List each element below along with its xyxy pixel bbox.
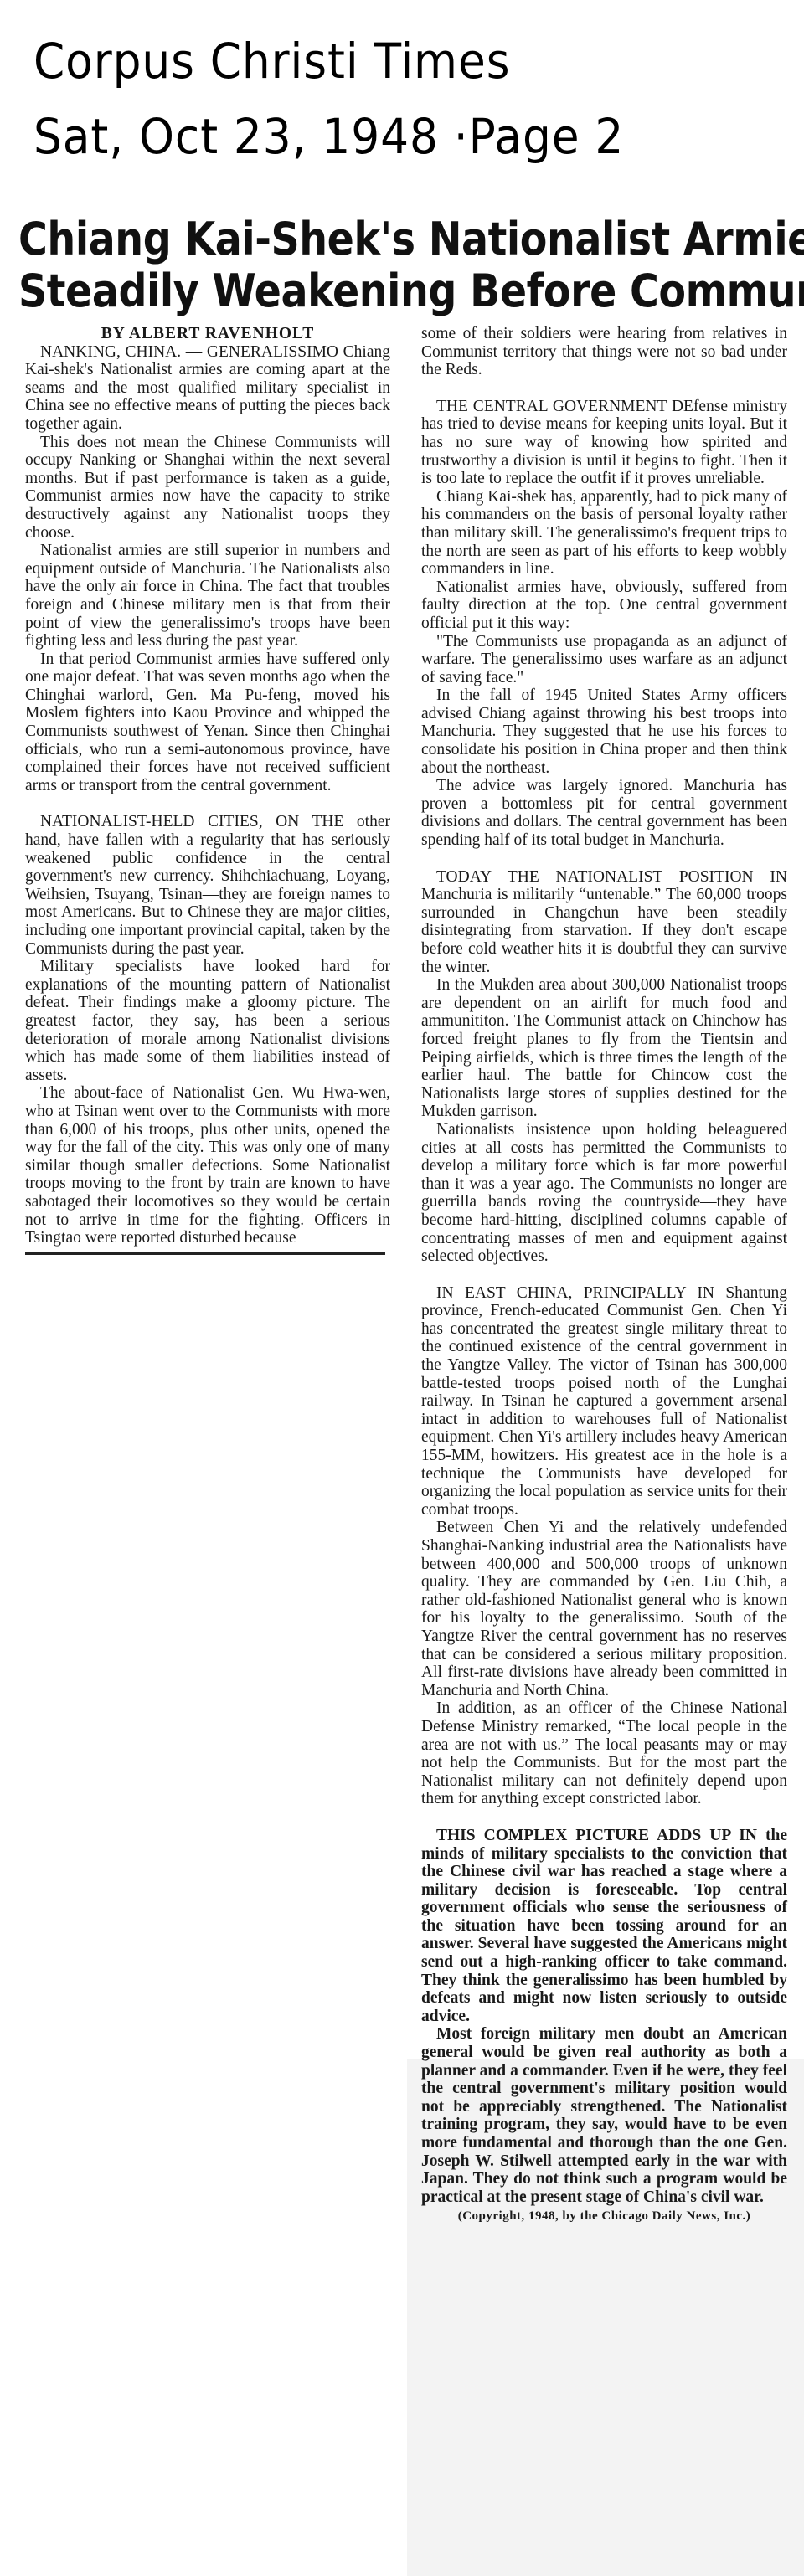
masthead: Corpus Christi Times Sat, Oct 23, 1948 ·… [33,23,624,174]
paragraph: In addition, as an officer of the Chines… [421,1699,787,1808]
paragraph: Nationalists insistence upon holding bel… [421,1121,787,1266]
headline-line-1: Chiang Kai-Shek's Nationalist Armies [18,213,700,265]
article-column-right: some of their soldiers were hearing from… [421,325,787,2226]
paragraph: The about-face of Nationalist Gen. Wu Hw… [25,1084,390,1247]
section-paragraph: THE CENTRAL GOVERNMENT DEfense ministry … [421,398,787,488]
paragraph: The advice was largely ignored. Manchuri… [421,777,787,849]
paragraph: NANKING, CHINA. — GENERALISSIMO Chiang K… [25,343,390,434]
paragraph: Nationalist armies are still superior in… [25,542,390,650]
paragraph: In the fall of 1945 United States Army o… [421,686,787,777]
section-paragraph: THIS COMPLEX PICTURE ADDS UP IN the mind… [421,1827,787,2026]
paragraph: In the Mukden area about 300,000 Nationa… [421,976,787,1121]
paragraph: This does not mean the Chinese Communist… [25,434,390,542]
section-paragraph: IN EAST CHINA, PRINCIPALLY IN Shantung p… [421,1284,787,1519]
paragraph: In that period Communist armies have suf… [25,650,390,795]
quote-paragraph: "The Communists use propaganda as an adj… [421,633,787,687]
continuation-paragraph: some of their soldiers were hearing from… [421,325,787,379]
headline-line-2: Steadily Weakening Before Communists [18,265,700,317]
column-end-rule [25,1252,385,1255]
issue-dateline: Sat, Oct 23, 1948 ·Page 2 [33,99,624,174]
article-column-left: BY ALBERT RAVENHOLT NANKING, CHINA. — GE… [25,325,390,1255]
paragraph: Most foreign military men doubt an Ameri… [421,2025,787,2206]
paragraph: Between Chen Yi and the relatively undef… [421,1519,787,1699]
byline: BY ALBERT RAVENHOLT [25,325,390,343]
paragraph: Military specialists have looked hard fo… [25,958,390,1084]
paragraph: Nationalist armies have, obviously, suff… [421,578,787,633]
section-paragraph: NATIONALIST-HELD CITIES, ON THE other ha… [25,813,390,958]
newspaper-name: Corpus Christi Times [33,23,624,99]
article-headline: Chiang Kai-Shek's Nationalist Armies Ste… [18,213,700,317]
copyright-notice: (Copyright, 1948, by the Chicago Daily N… [421,2208,787,2226]
paragraph: Chiang Kai-shek has, apparently, had to … [421,488,787,578]
section-paragraph: TODAY THE NATIONALIST POSITION IN Manchu… [421,868,787,977]
